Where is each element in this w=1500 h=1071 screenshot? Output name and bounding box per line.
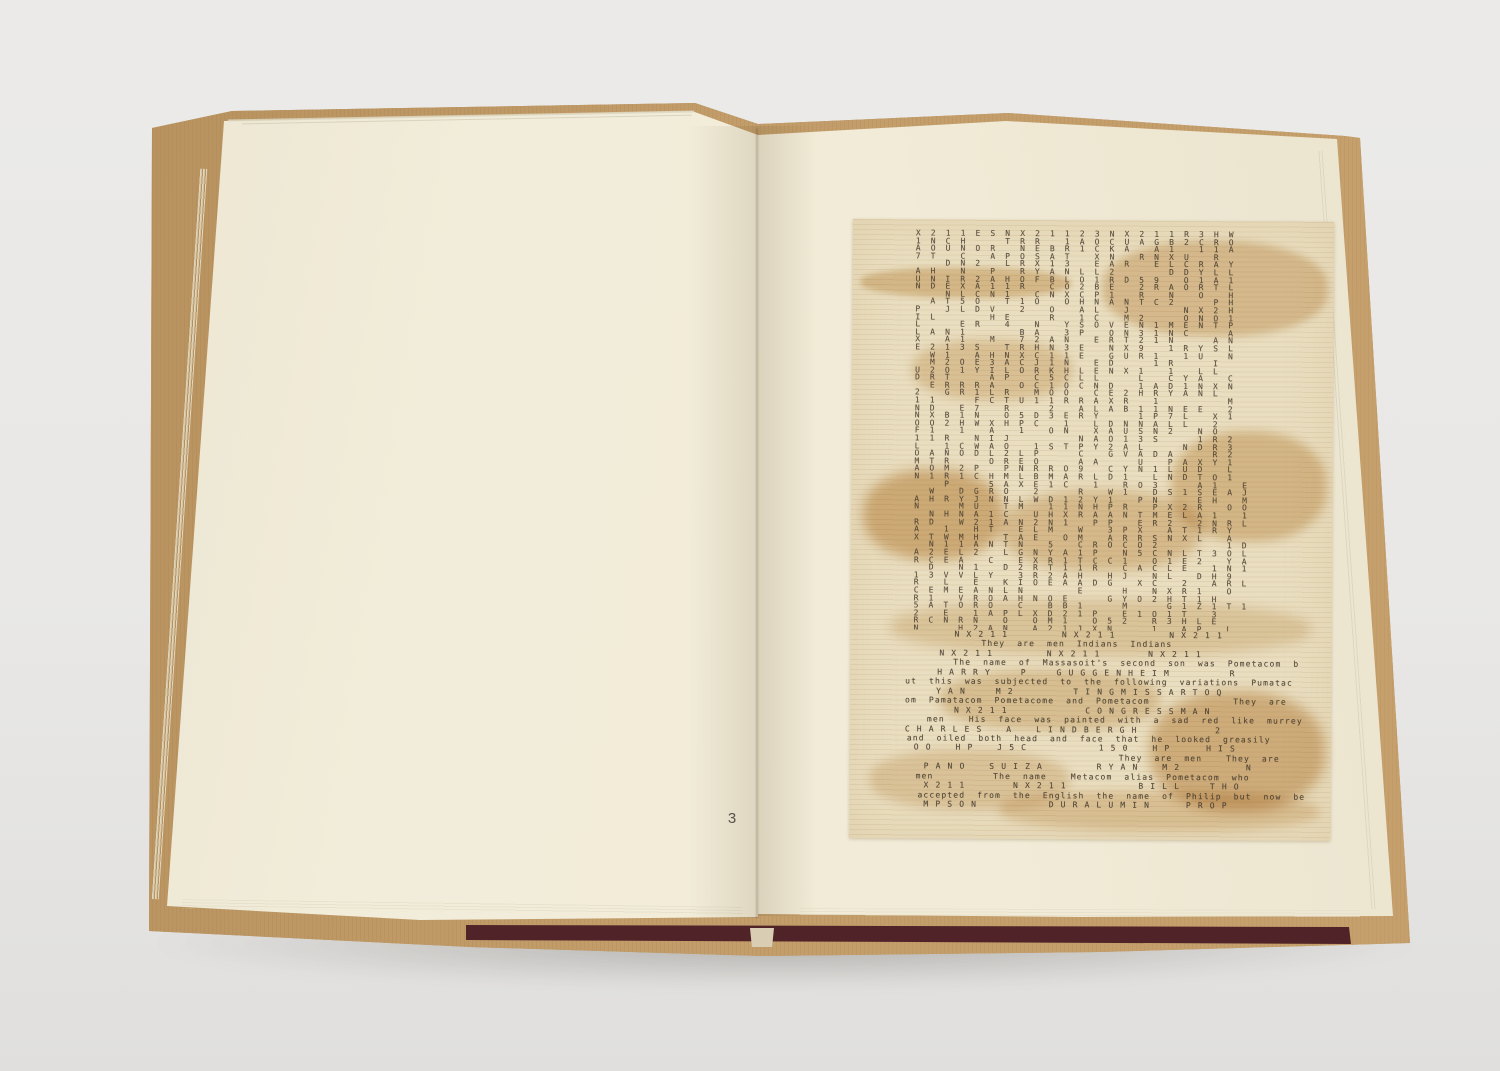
gutter-shade-right bbox=[758, 126, 816, 916]
spine-notch bbox=[750, 928, 774, 947]
poem-line: O O H P J 5 C 1 5 0 H P H I S bbox=[914, 743, 1236, 754]
typed-poem-block: N X 2 1 1 N X 2 1 1 N X 2 1 1They are me… bbox=[849, 219, 1334, 841]
photo-background: 3 X 1 A 7 A U N P I L L X E U D 2 1 N N … bbox=[0, 0, 1500, 1071]
poem-line: M P S O N D U R A L U M I N P R O P bbox=[923, 800, 1227, 811]
folio-number: 3 bbox=[722, 809, 742, 829]
gutter-crease bbox=[755, 128, 759, 918]
artwork-sheet: X 1 A 7 A U N P I L L X E U D 2 1 N N O … bbox=[849, 219, 1334, 841]
gutter-shade-left bbox=[688, 126, 758, 918]
